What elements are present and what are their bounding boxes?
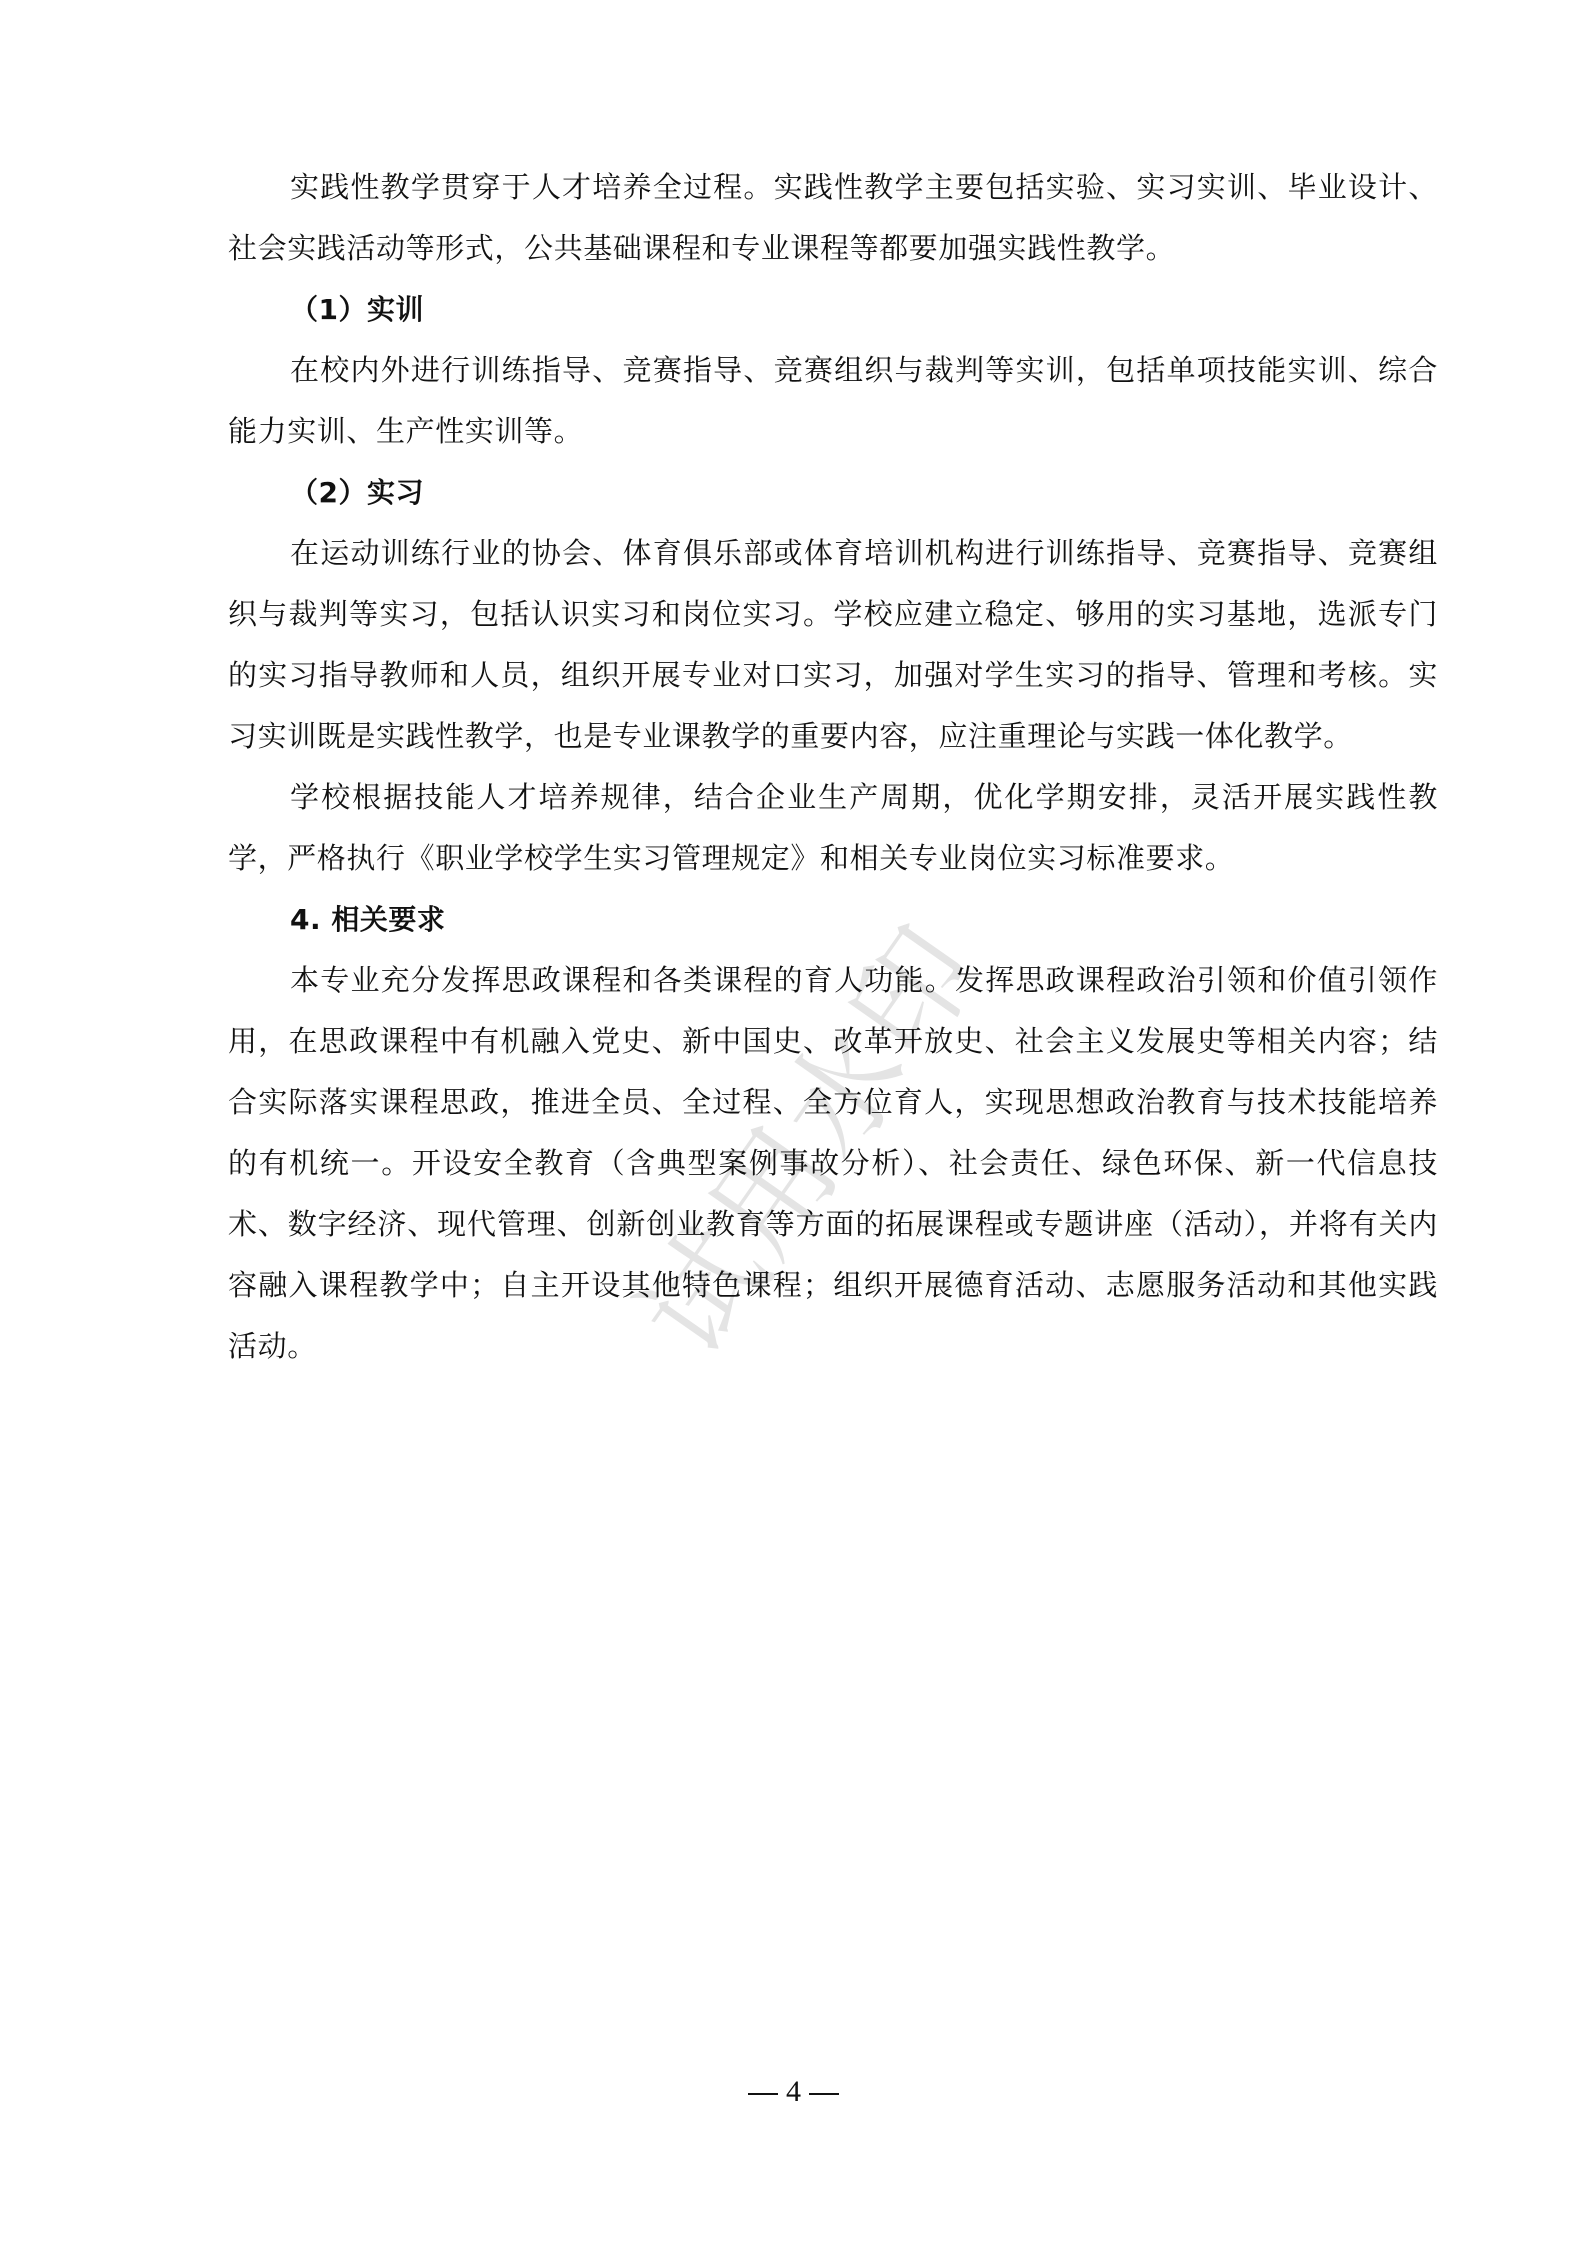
paragraph-practical-teaching: 实践性教学贯穿于人才培养全过程。实践性教学主要包括实验、实习实训、毕业设计、社会… [228,157,1438,279]
dash-left-decoration [748,2093,778,2095]
section-heading-training: （1）实训 [228,279,1438,340]
page-number: 4 [786,2075,801,2108]
paragraph-training: 在校内外进行训练指导、竞赛指导、竞赛组织与裁判等实训，包括单项技能实训、综合能力… [228,340,1438,462]
document-page: 试用水印 实践性教学贯穿于人才培养全过程。实践性教学主要包括实验、实习实训、毕业… [0,0,1587,2245]
document-body: 实践性教学贯穿于人才培养全过程。实践性教学主要包括实验、实习实训、毕业设计、社会… [228,157,1438,1377]
section-heading-requirements: 4. 相关要求 [228,889,1438,950]
dash-right-decoration [809,2093,839,2095]
paragraph-internship: 在运动训练行业的协会、体育俱乐部或体育培训机构进行训练指导、竞赛指导、竞赛组织与… [228,523,1438,767]
section-heading-internship: （2）实习 [228,462,1438,523]
page-footer: 4 [0,2070,1587,2114]
paragraph-scheduling: 学校根据技能人才培养规律，结合企业生产周期，优化学期安排，灵活开展实践性教学，严… [228,767,1438,889]
paragraph-requirements: 本专业充分发挥思政课程和各类课程的育人功能。发挥思政课程政治引领和价值引领作用，… [228,950,1438,1377]
